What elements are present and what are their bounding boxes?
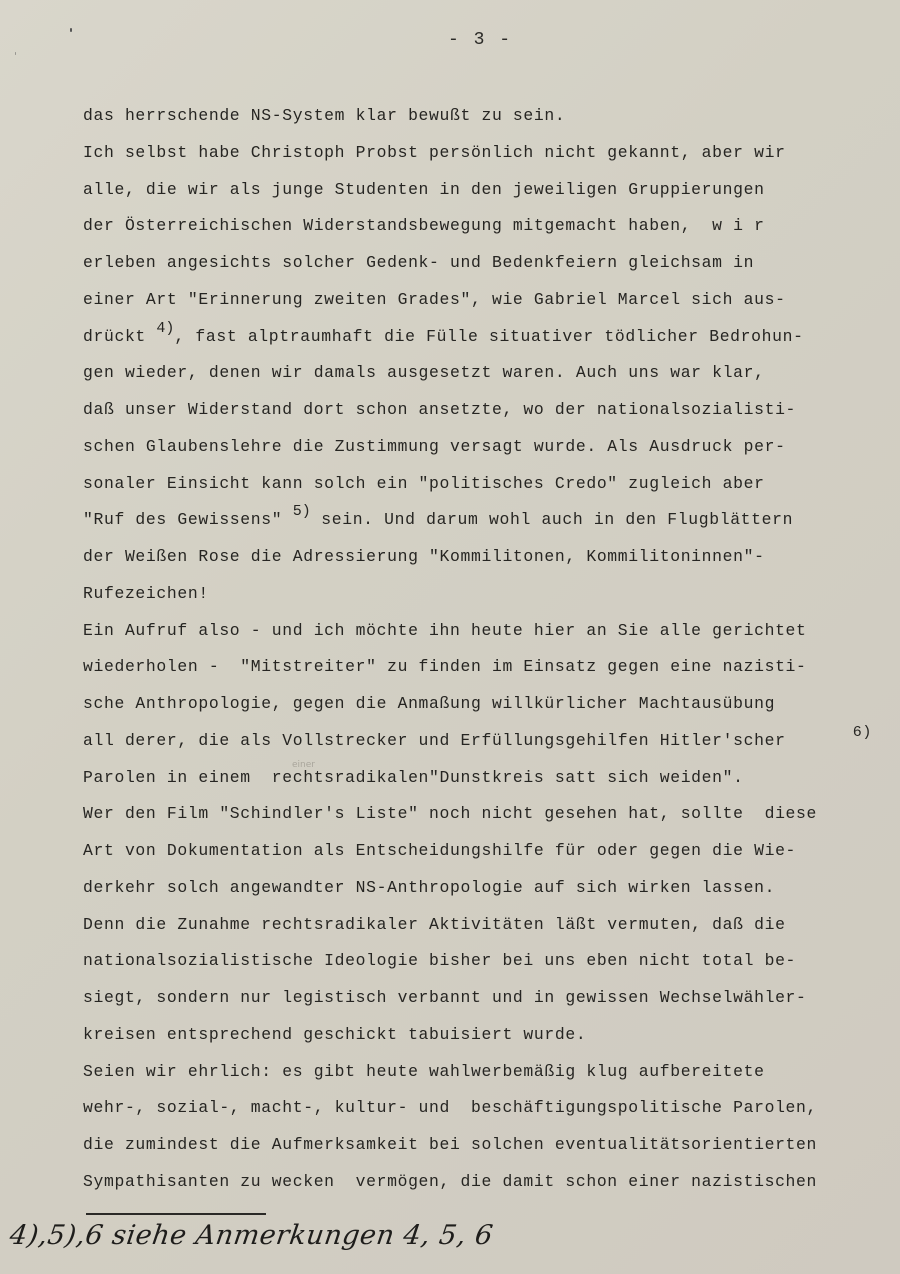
text-segment: sein. Und darum wohl auch in den Flugblä…: [311, 510, 793, 529]
text-line: "Ruf des Gewissens" 5) sein. Und darum w…: [83, 507, 898, 544]
text-line: wiederholen - "Mitstreiter" zu finden im…: [83, 654, 898, 691]
text-line: erleben angesichts solcher Gedenk- und B…: [83, 250, 898, 287]
text-segment: Wer den Film "Schindler's Liste" noch ni…: [83, 804, 817, 823]
text-segment: "Ruf des Gewissens": [83, 510, 293, 529]
text-line: Denn die Zunahme rechtsradikaler Aktivit…: [83, 912, 898, 949]
text-segment: Art von Dokumentation als Entscheidungsh…: [83, 841, 796, 860]
text-line: Wer den Film "Schindler's Liste" noch ni…: [83, 801, 898, 838]
text-line: sche Anthropologie, gegen die Anmaßung w…: [83, 691, 898, 728]
text-line: der Weißen Rose die Adressierung "Kommil…: [83, 544, 898, 581]
footnote-marker: 4): [156, 320, 174, 337]
pencil-annotation: einer: [292, 760, 315, 770]
footnote-marker: 5): [293, 503, 311, 520]
text-line: gen wieder, denen wir damals ausgesetzt …: [83, 360, 898, 397]
text-line: alle, die wir als junge Studenten in den…: [83, 177, 898, 214]
text-line: Parolen in einem rechtsradikalen"Dunstkr…: [83, 765, 898, 802]
text-line: derkehr solch angewandter NS-Anthropolog…: [83, 875, 898, 912]
text-segment: der Österreichischen Widerstandsbewegung…: [83, 216, 765, 235]
text-segment: , fast alptraumhaft die Fülle situativer…: [174, 327, 803, 346]
text-segment: die zumindest die Aufmerksamkeit bei sol…: [83, 1135, 817, 1154]
text-line: drückt 4), fast alptraumhaft die Fülle s…: [83, 324, 898, 361]
text-segment: das herrschende NS-System klar bewußt zu…: [83, 106, 565, 125]
text-segment: einer Art "Erinnerung zweiten Grades", w…: [83, 290, 786, 309]
handwritten-footnote-note: 4),5),6 siehe Anmerkungen 4, 5, 6: [8, 1220, 495, 1251]
text-segment: kreisen entsprechend geschickt tabuisier…: [83, 1025, 586, 1044]
text-segment: sche Anthropologie, gegen die Anmaßung w…: [83, 694, 775, 713]
text-segment: siegt, sondern nur legistisch verbannt u…: [83, 988, 807, 1007]
text-segment: drückt: [83, 327, 156, 346]
footnote-marker: 6): [853, 720, 872, 746]
text-segment: Rufezeichen!: [83, 584, 209, 603]
text-line: Sympathisanten zu wecken vermögen, die d…: [83, 1169, 898, 1206]
document-page: - 3 - das herrschende NS-System klar bew…: [0, 0, 900, 1274]
text-line: nationalsozialistische Ideologie bisher …: [83, 948, 898, 985]
text-line: das herrschende NS-System klar bewußt zu…: [83, 103, 898, 140]
text-segment: sonaler Einsicht kann solch ein "politis…: [83, 474, 765, 493]
text-line: schen Glaubenslehre die Zustimmung versa…: [83, 434, 898, 471]
text-line: Ein Aufruf also - und ich möchte ihn heu…: [83, 618, 898, 655]
text-segment: erleben angesichts solcher Gedenk- und B…: [83, 253, 754, 272]
text-line: sonaler Einsicht kann solch ein "politis…: [83, 471, 898, 508]
text-segment: Ich selbst habe Christoph Probst persönl…: [83, 143, 786, 162]
text-line: kreisen entsprechend geschickt tabuisier…: [83, 1022, 898, 1059]
text-line: wehr-, sozial-, macht-, kultur- und besc…: [83, 1095, 898, 1132]
text-line: all derer, die als Vollstrecker und Erfü…: [83, 728, 898, 765]
text-segment: alle, die wir als junge Studenten in den…: [83, 180, 765, 199]
text-segment: Ein Aufruf also - und ich möchte ihn heu…: [83, 621, 807, 640]
text-segment: schen Glaubenslehre die Zustimmung versa…: [83, 437, 786, 456]
text-segment: daß unser Widerstand dort schon ansetzte…: [83, 400, 796, 419]
text-segment: Parolen in einem rechtsradikalen"Dunstkr…: [83, 768, 744, 787]
text-segment: Denn die Zunahme rechtsradikaler Aktivit…: [83, 915, 786, 934]
text-line: die zumindest die Aufmerksamkeit bei sol…: [83, 1132, 898, 1169]
page-number: - 3 -: [0, 30, 900, 50]
text-segment: der Weißen Rose die Adressierung "Kommil…: [83, 547, 765, 566]
text-line: einer Art "Erinnerung zweiten Grades", w…: [83, 287, 898, 324]
text-line: siegt, sondern nur legistisch verbannt u…: [83, 985, 898, 1022]
text-segment: Seien wir ehrlich: es gibt heute wahlwer…: [83, 1062, 765, 1081]
text-segment: nationalsozialistische Ideologie bisher …: [83, 951, 796, 970]
text-segment: wiederholen - "Mitstreiter" zu finden im…: [83, 657, 807, 676]
text-segment: wehr-, sozial-, macht-, kultur- und besc…: [83, 1098, 817, 1117]
paper-speck: [15, 52, 16, 55]
text-line: daß unser Widerstand dort schon ansetzte…: [83, 397, 898, 434]
text-segment: Sympathisanten zu wecken vermögen, die d…: [83, 1172, 817, 1191]
text-line: Seien wir ehrlich: es gibt heute wahlwer…: [83, 1059, 898, 1096]
text-segment: all derer, die als Vollstrecker und Erfü…: [83, 731, 786, 750]
footnote-separator-rule: [86, 1213, 266, 1215]
text-segment: derkehr solch angewandter NS-Anthropolog…: [83, 878, 775, 897]
typed-body-text: das herrschende NS-System klar bewußt zu…: [83, 103, 898, 1206]
text-segment: gen wieder, denen wir damals ausgesetzt …: [83, 363, 765, 382]
text-line: Ich selbst habe Christoph Probst persönl…: [83, 140, 898, 177]
text-line: Art von Dokumentation als Entscheidungsh…: [83, 838, 898, 875]
text-line: Rufezeichen!: [83, 581, 898, 618]
text-line: der Österreichischen Widerstandsbewegung…: [83, 213, 898, 250]
